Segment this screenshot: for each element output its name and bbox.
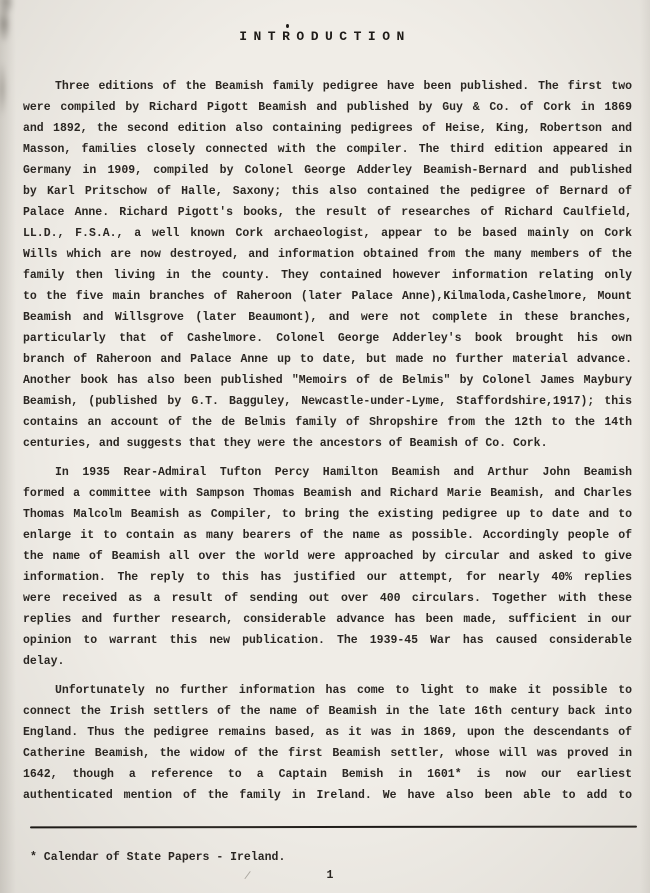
stray-ink-dot bbox=[286, 24, 289, 28]
text-line: authenticated mention of the family in I… bbox=[23, 785, 632, 806]
paper-smudge bbox=[0, 0, 18, 164]
footnote-rule bbox=[30, 826, 637, 829]
text-line: to the five main branches of Raheroon (l… bbox=[23, 286, 632, 307]
text-line: Beamish, (published by G.T. Bagguley, Ne… bbox=[23, 391, 632, 412]
paragraph-3: Unfortunately no further information has… bbox=[23, 680, 632, 806]
text-line: family then living in the county. They c… bbox=[23, 265, 632, 286]
document-body: Three editions of the Beamish family ped… bbox=[23, 76, 632, 814]
paragraph-2: In 1935 Rear-Admiral Tufton Percy Hamilt… bbox=[23, 462, 632, 672]
text-line: formed a committee with Sampson Thomas B… bbox=[23, 483, 632, 504]
text-line: replies and further research, considerab… bbox=[23, 609, 632, 630]
text-line: branch of Raheroon and Palace Anne up to… bbox=[23, 349, 632, 370]
text-line: Catherine Beamish, the widow of the firs… bbox=[23, 743, 632, 764]
text-line: and 1892, the second edition also contai… bbox=[23, 118, 632, 139]
page-title: INTRODUCTION bbox=[0, 29, 650, 44]
text-line: delay. bbox=[23, 651, 632, 672]
footnote: * Calendar of State Papers - Ireland. bbox=[30, 847, 285, 868]
text-line: Masson, families closely connected with … bbox=[23, 139, 632, 160]
text-line: centuries, and suggests that they were t… bbox=[23, 433, 632, 454]
text-line: opinion to warrant this new publication.… bbox=[23, 630, 632, 651]
text-line: were compiled by Richard Pigott Beamish … bbox=[23, 97, 632, 118]
text-line: Thomas Malcolm Beamish as Compiler, to b… bbox=[23, 504, 632, 525]
paragraph-1: Three editions of the Beamish family ped… bbox=[23, 76, 632, 454]
text-line: by Karl Pritschow of Halle, Saxony; this… bbox=[23, 181, 632, 202]
text-line: the name of Beamish all over the world w… bbox=[23, 546, 632, 567]
text-line: 1642, though a reference to a Captain Be… bbox=[23, 764, 632, 785]
text-line: contains an account of the de Belmis fam… bbox=[23, 412, 632, 433]
text-line: England. Thus the pedigree remains based… bbox=[23, 722, 632, 743]
text-line: were received as a result of sending out… bbox=[23, 588, 632, 609]
text-line: particularly that of Cashelmore. Colonel… bbox=[23, 328, 632, 349]
text-line: information. The reply to this has justi… bbox=[23, 567, 632, 588]
text-line: LL.D., F.S.A., a well known Cork archaeo… bbox=[23, 223, 632, 244]
text-line: Germany in 1909, compiled by Colonel Geo… bbox=[23, 160, 632, 181]
scanned-document-page: INTRODUCTION Three editions of the Beami… bbox=[0, 0, 650, 893]
text-line: In 1935 Rear-Admiral Tufton Percy Hamilt… bbox=[23, 462, 632, 483]
page-number: 1 bbox=[0, 869, 650, 882]
text-line: enlarge it to contain as many bearers of… bbox=[23, 525, 632, 546]
text-line: connect the Irish settlers of the name o… bbox=[23, 701, 632, 722]
text-line: Unfortunately no further information has… bbox=[23, 680, 632, 701]
text-line: Three editions of the Beamish family ped… bbox=[23, 76, 632, 97]
text-line: Another book has also been published "Me… bbox=[23, 370, 632, 391]
text-line: Wills which are now destroyed, and infor… bbox=[23, 244, 632, 265]
text-line: Palace Anne. Richard Pigott's books, the… bbox=[23, 202, 632, 223]
text-line: Beamish and Willsgrove (later Beaumont),… bbox=[23, 307, 632, 328]
